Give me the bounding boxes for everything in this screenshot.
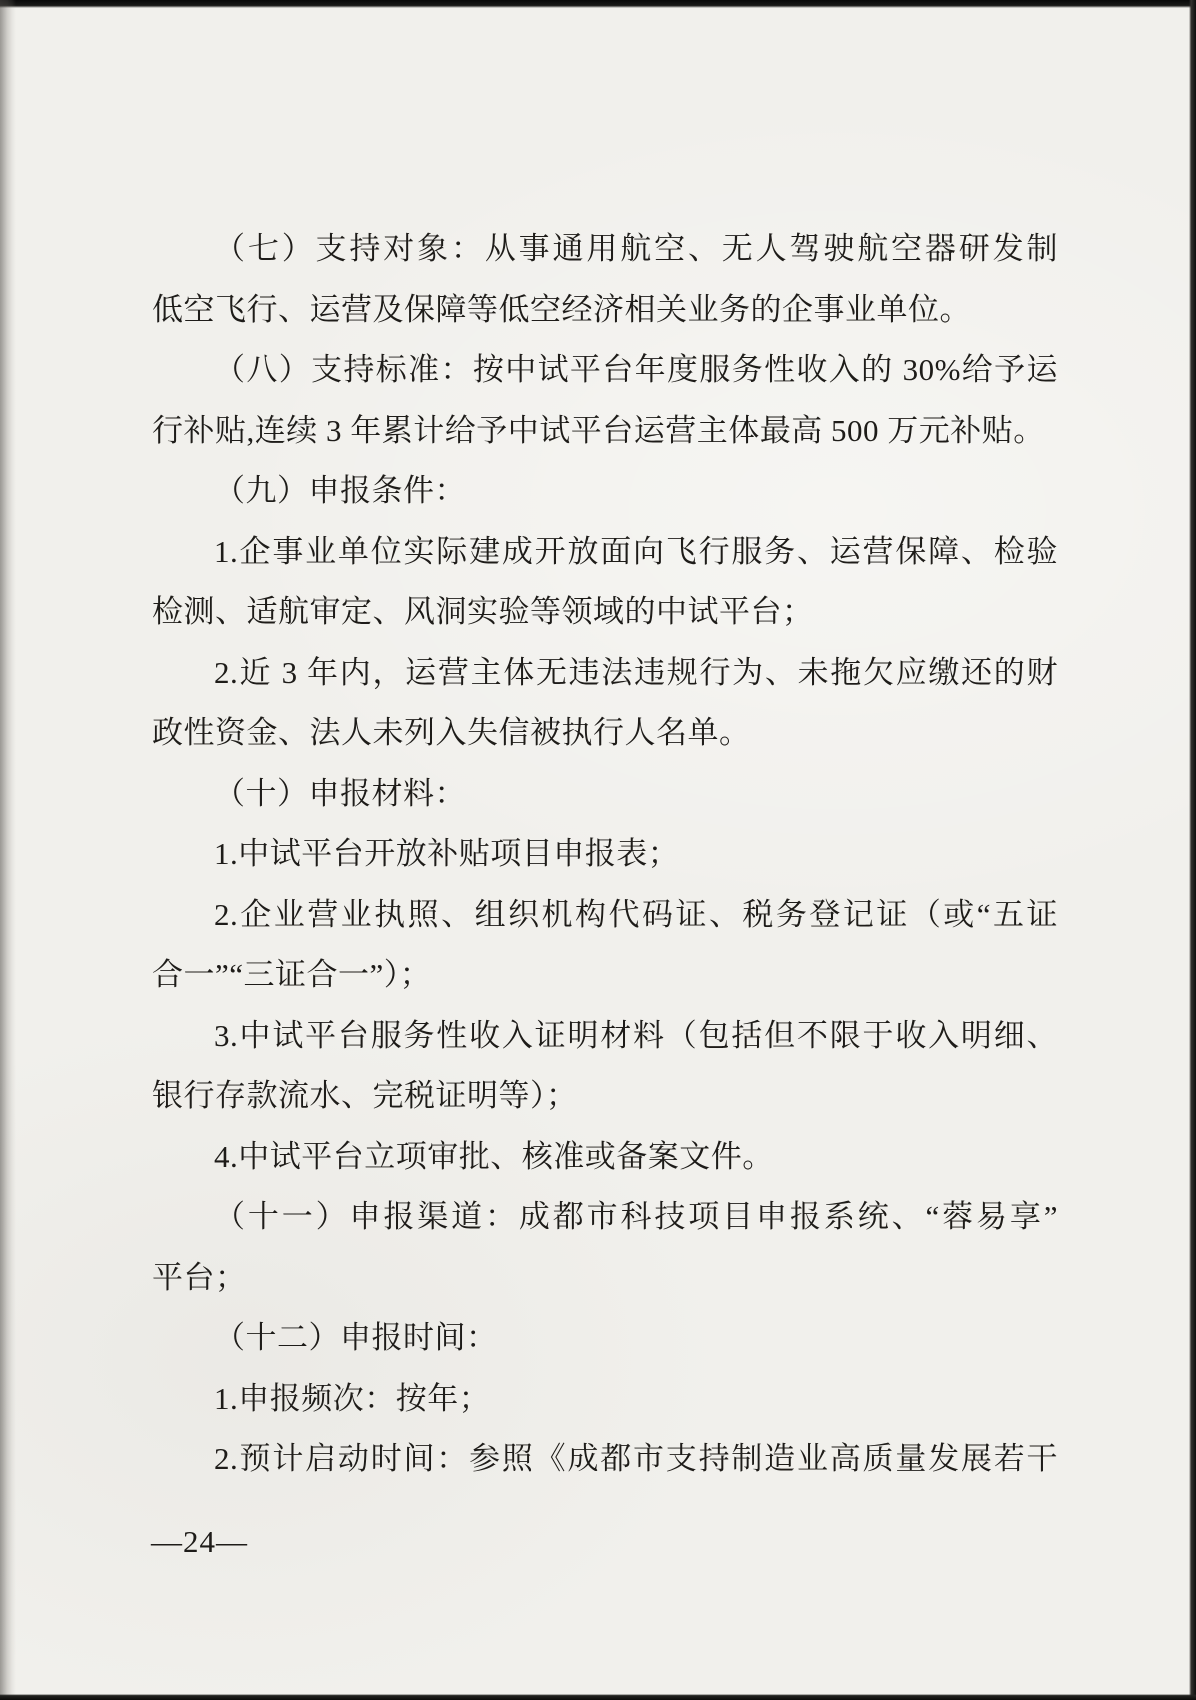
text-line: （十）申报材料： <box>152 764 1058 825</box>
text-line: 1.企事业单位实际建成开放面向飞行服务、运营保障、检验 <box>152 522 1058 583</box>
scan-edge-right <box>1189 0 1196 1700</box>
text-line: （七）支持对象：从事通用航空、无人驾驶航空器研发制造、 <box>152 219 1058 280</box>
text-line: 平台； <box>152 1248 1058 1309</box>
scan-edge-top <box>0 0 1196 8</box>
text-line: 2.企业营业执照、组织机构代码证、税务登记证（或“五证 <box>152 885 1058 946</box>
text-line: 银行存款流水、完税证明等）； <box>152 1066 1058 1127</box>
text-line: 检测、适航审定、风洞实验等领域的中试平台； <box>152 582 1058 643</box>
text-line: 行补贴,连续 3 年累计给予中试平台运营主体最高 500 万元补贴。 <box>152 401 1058 462</box>
text-line: 合一”“三证合一”）； <box>152 945 1058 1006</box>
text-line: （十一）申报渠道：成都市科技项目申报系统、“蓉易享” <box>152 1187 1058 1248</box>
text-line: 1.中试平台开放补贴项目申报表； <box>152 824 1058 885</box>
text-line: 政性资金、法人未列入失信被执行人名单。 <box>152 703 1058 764</box>
text-line: 低空飞行、运营及保障等低空经济相关业务的企事业单位。 <box>152 280 1058 341</box>
scan-edge-left <box>0 0 16 1700</box>
document-body: （七）支持对象：从事通用航空、无人驾驶航空器研发制造、低空飞行、运营及保障等低空… <box>152 219 1058 1490</box>
scanned-document-page: （七）支持对象：从事通用航空、无人驾驶航空器研发制造、低空飞行、运营及保障等低空… <box>0 0 1196 1700</box>
text-line: （十二）申报时间： <box>152 1308 1058 1369</box>
text-line: 3.中试平台服务性收入证明材料（包括但不限于收入明细、 <box>152 1006 1058 1067</box>
text-line: 1.申报频次：按年； <box>152 1369 1058 1430</box>
scan-edge-bottom <box>0 1694 1196 1700</box>
text-line: 4.中试平台立项审批、核准或备案文件。 <box>152 1127 1058 1188</box>
text-line: 2.预计启动时间：参照《成都市支持制造业高质量发展若干 <box>152 1429 1058 1490</box>
text-line: （九）申报条件： <box>152 461 1058 522</box>
text-line: 2.近 3 年内，运营主体无违法违规行为、未拖欠应缴还的财 <box>152 643 1058 704</box>
page-number: —24— <box>151 1524 248 1560</box>
text-line: （八）支持标准：按中试平台年度服务性收入的 30%给予运 <box>152 340 1058 401</box>
